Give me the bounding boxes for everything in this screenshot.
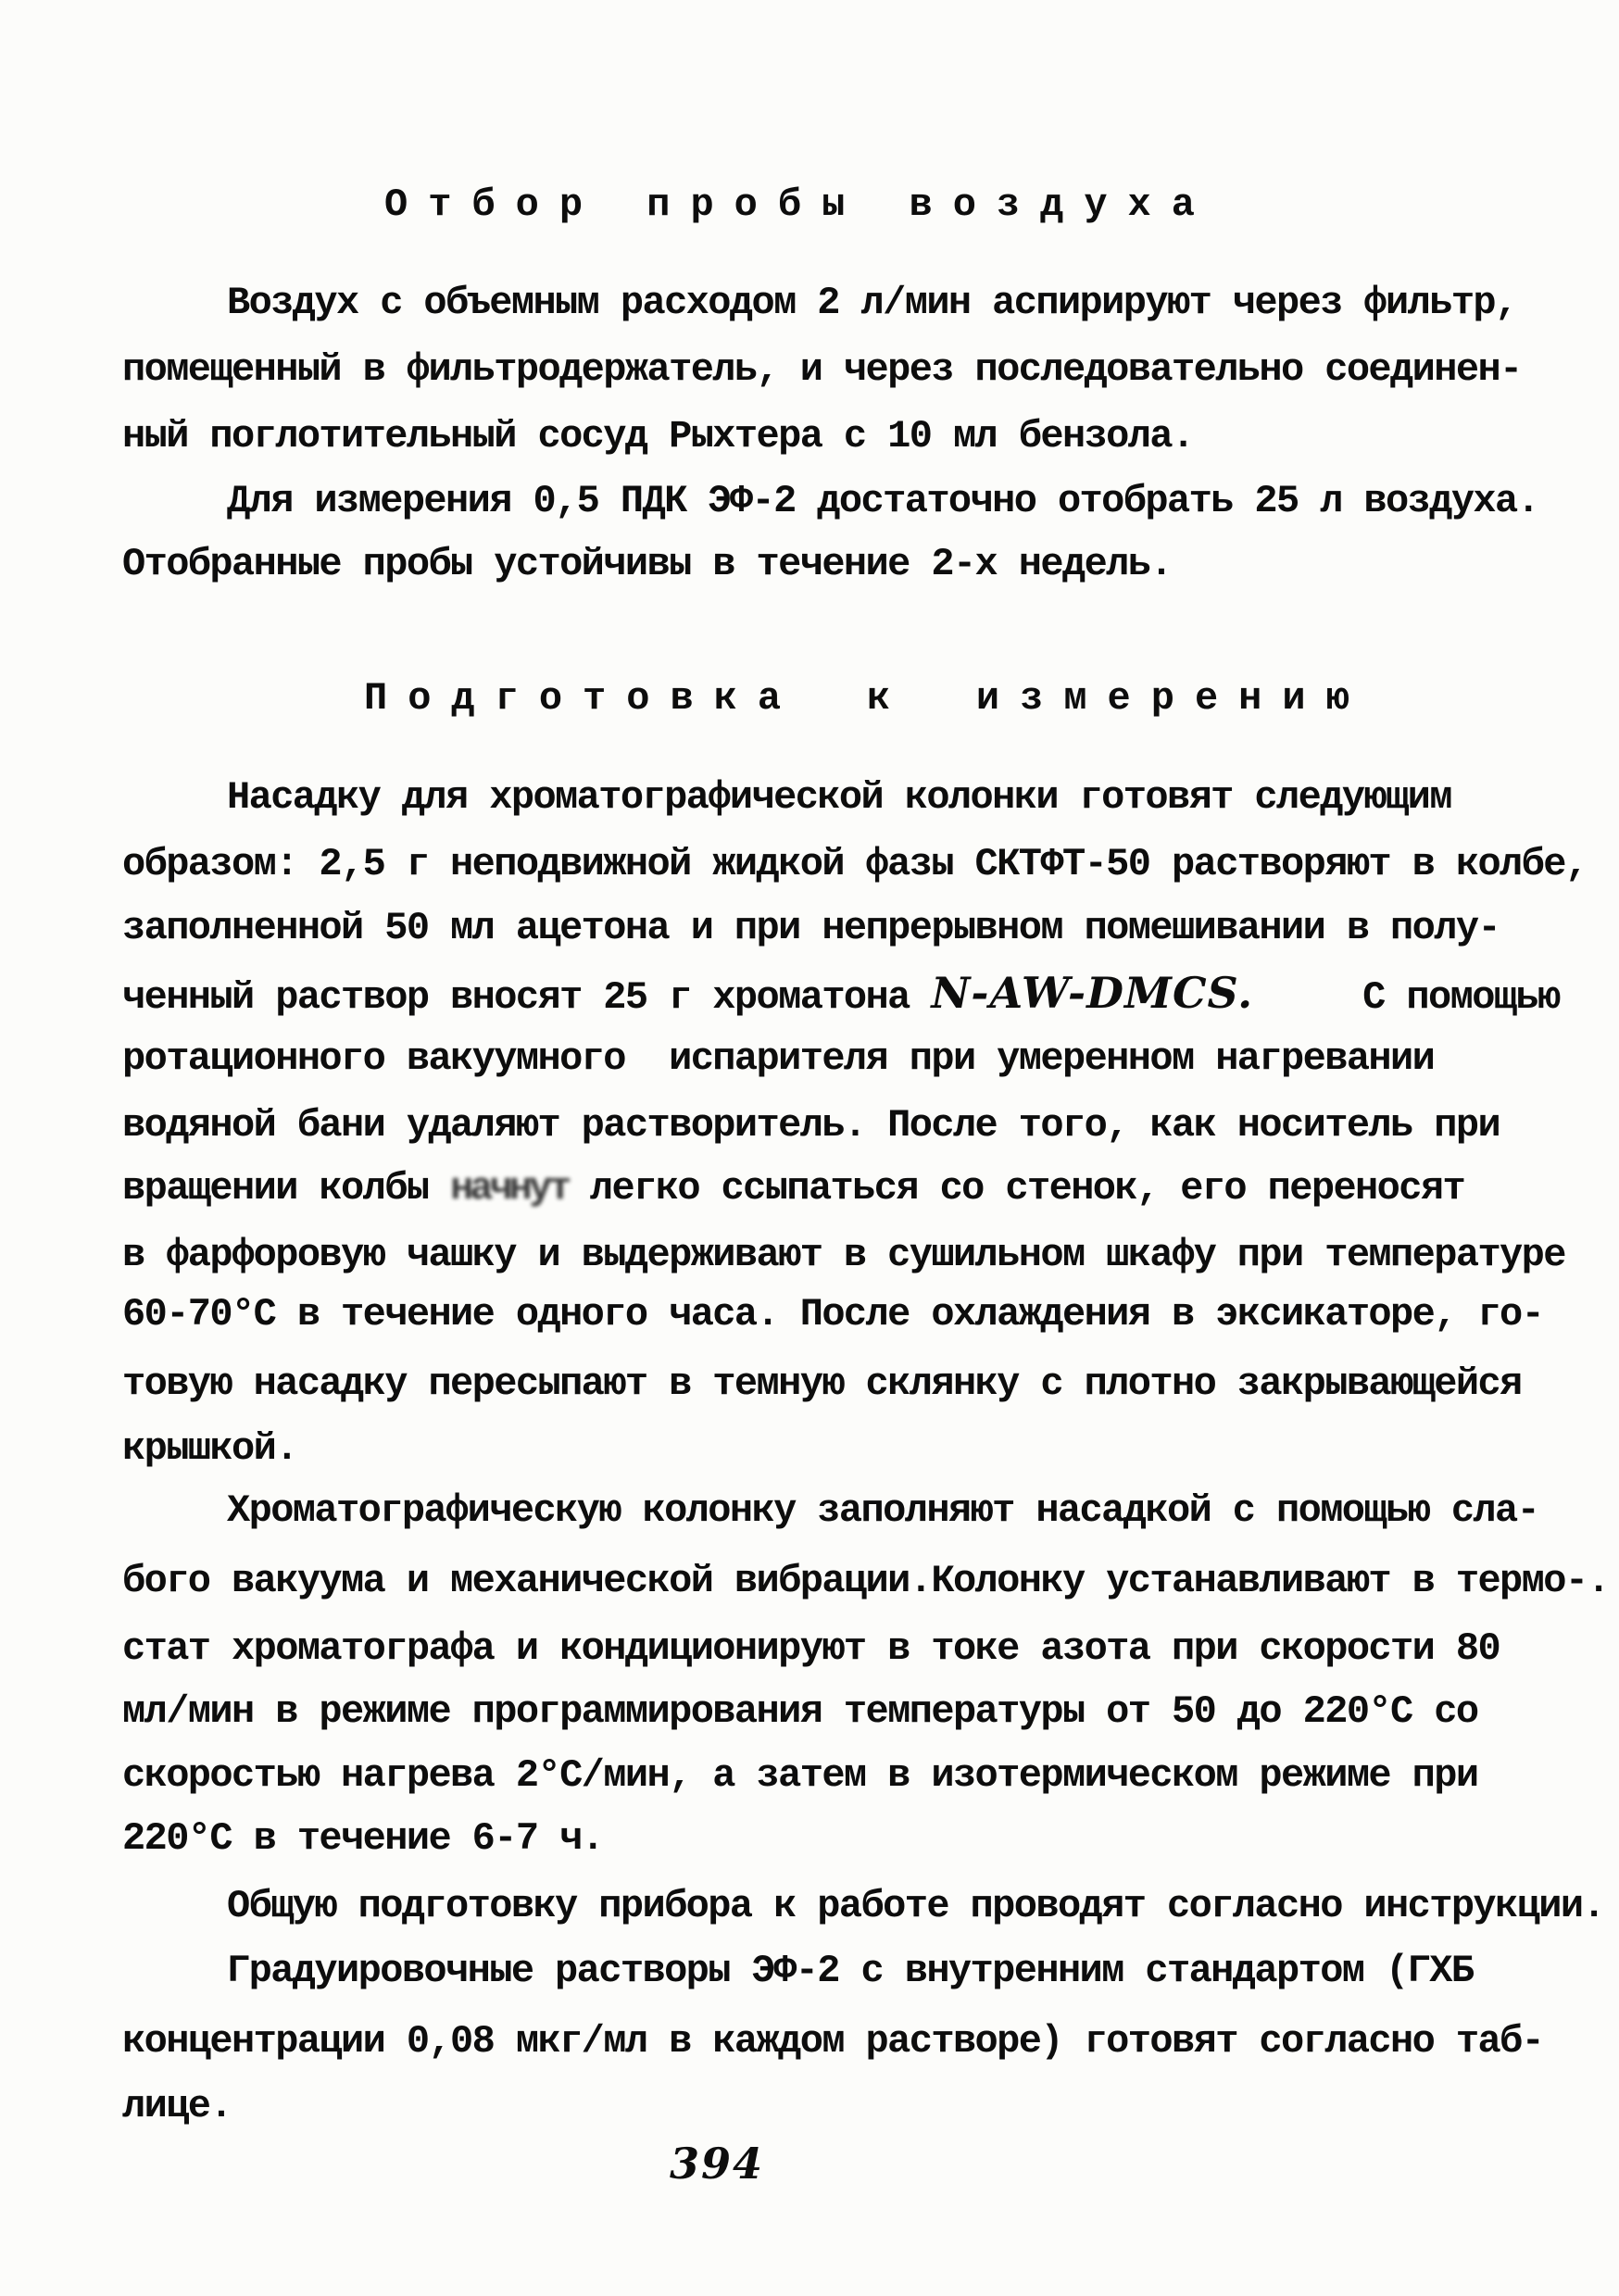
text-segment: ченный раствор вносят 25 г хроматона: [122, 975, 931, 1020]
text-line: мл/мин в режиме программирования темпера…: [122, 1692, 1477, 1731]
text-line: заполненной 50 мл ацетона и при непрерыв…: [122, 909, 1500, 947]
text-line: в фарфоровую чашку и выдерживают в сушил…: [122, 1236, 1565, 1274]
text-line: скоростью нагрева 2°С/мин, а затем в изо…: [122, 1756, 1477, 1795]
text-line: концентрации 0,08 мкг/мл в каждом раство…: [122, 2022, 1543, 2061]
text-segment: легко ссыпаться со стенок, его переносят: [568, 1166, 1464, 1211]
page-number: 394: [670, 2142, 764, 2185]
section-heading-air-sampling: О т б о р п р о б ы в о з д у х а: [384, 185, 1193, 224]
text-line: водяной бани удаляют растворитель. После…: [122, 1106, 1500, 1145]
text-line: ротационного вакуумного испарителя при у…: [122, 1039, 1434, 1078]
section-heading-measurement-preparation: П о д г о т о в к а к и з м е р е н и ю: [364, 679, 1348, 718]
text-line: Градуировочные растворы ЭФ-2 с внутренни…: [227, 1951, 1473, 1990]
text-line: бого вакуума и механической вибрации.Кол…: [122, 1562, 1609, 1600]
text-line: лице.: [122, 2087, 232, 2126]
text-line: Отобранные пробы устойчивы в течение 2-х…: [122, 545, 1172, 583]
text-line: Общую подготовку прибора к работе провод…: [227, 1887, 1604, 1926]
scanned-page: О т б о р п р о б ы в о з д у х а Воздух…: [0, 0, 1619, 2296]
text-line: 60-70°С в течение одного часа. После охл…: [122, 1295, 1543, 1334]
handwritten-chromaton-grade: N-AW-DMCS.: [931, 968, 1253, 1018]
text-line: Воздух с объемным расходом 2 л/мин аспир…: [227, 283, 1517, 322]
text-line: Насадку для хроматографической колонки г…: [227, 778, 1451, 817]
text-line: товую насадку пересыпают в темную склянк…: [122, 1364, 1522, 1403]
text-segment: С помощью: [1253, 975, 1559, 1020]
text-line: помещенный в фильтродержатель, и через п…: [122, 350, 1522, 389]
text-line: крышкой.: [122, 1429, 297, 1468]
text-line: 220°С в течение 6-7 ч.: [122, 1819, 603, 1858]
text-line: Хроматографическую колонку заполняют нас…: [227, 1491, 1538, 1530]
text-line-with-smudge: вращении колбы начнут легко ссыпаться со…: [122, 1169, 1464, 1208]
text-line-with-handwritten-insert: ченный раствор вносят 25 г хроматона N-A…: [122, 972, 1560, 1017]
text-line: образом: 2,5 г неподвижной жидкой фазы С…: [122, 845, 1587, 884]
text-line: Для измерения 0,5 ПДК ЭФ-2 достаточно от…: [227, 482, 1538, 521]
smudged-word: начнут: [450, 1166, 568, 1211]
text-segment: вращении колбы: [122, 1166, 450, 1211]
text-line: ный поглотительный сосуд Рыхтера с 10 мл…: [122, 417, 1194, 456]
text-line: стат хроматографа и кондиционируют в ток…: [122, 1629, 1500, 1668]
